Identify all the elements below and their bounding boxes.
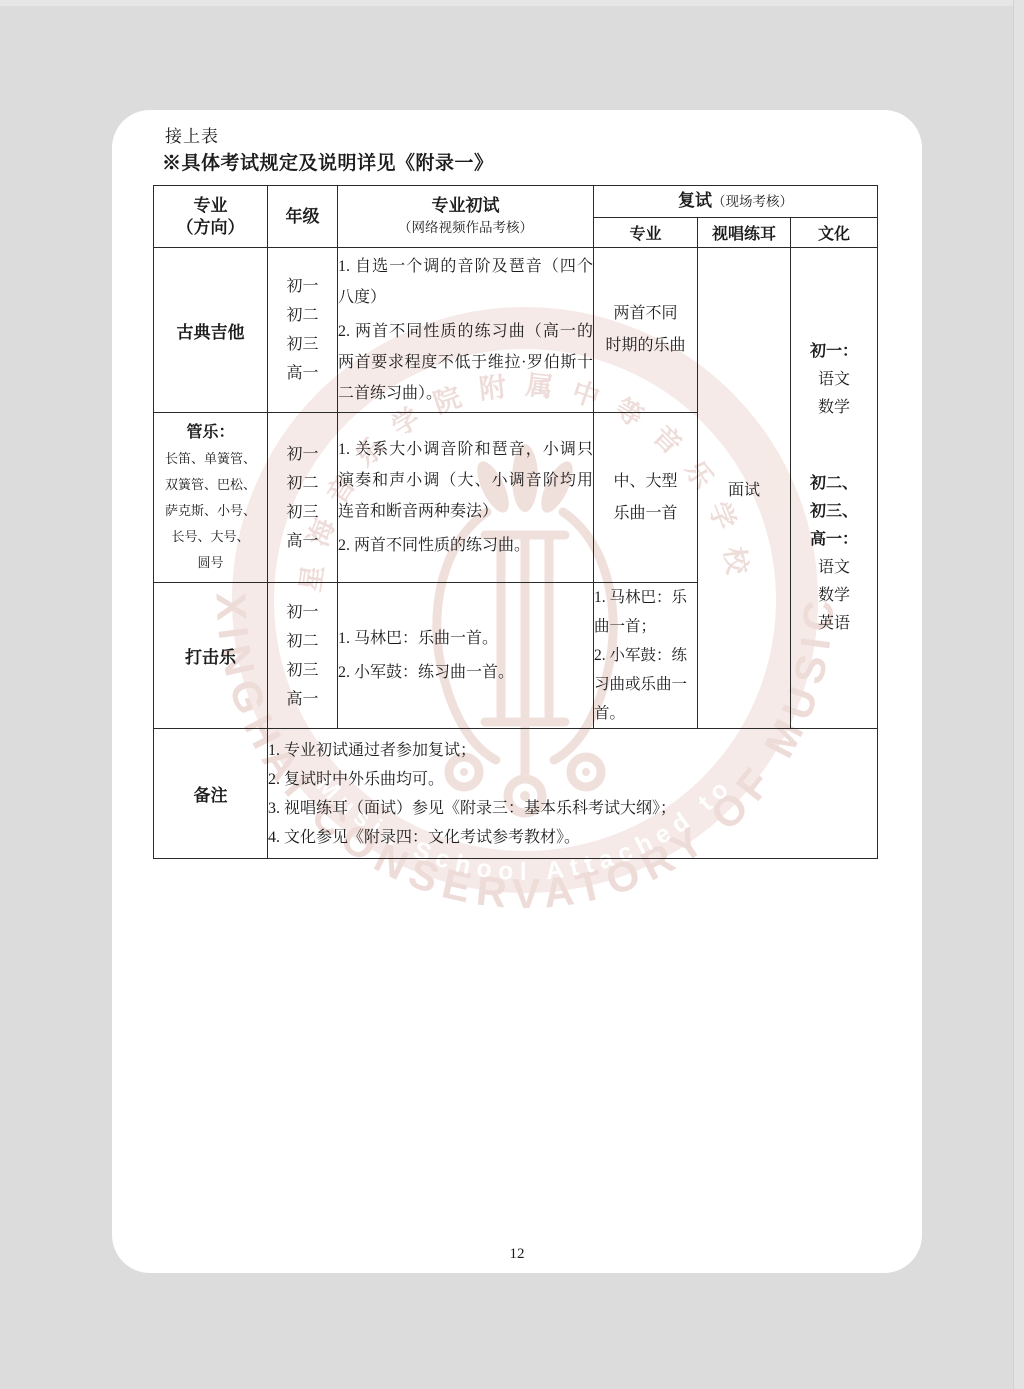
first-round-requirements: 1. 关系大小调音阶和琶音，小调只演奏和声小调（大、小调音阶均用连音和断音两种奏…	[338, 413, 594, 583]
culture-subject: 数学	[791, 582, 877, 610]
header-second-round-label: 复试	[678, 191, 712, 210]
grade-line: 高一	[268, 359, 337, 388]
remarks-content-cell: 1. 专业初试通过者参加复试； 2. 复试时中外乐曲均可。 3. 视唱练耳（面试…	[268, 729, 878, 859]
requirement-item: 2. 两首不同性质的练习曲。	[338, 530, 593, 561]
sight-singing-interview-cell: 面试	[698, 248, 791, 729]
retest-line: 时期的乐曲	[594, 330, 697, 362]
table-row-remarks: 备注 1. 专业初试通过者参加复试； 2. 复试时中外乐曲均可。 3. 视唱练耳…	[154, 729, 878, 859]
culture-subject: 数学	[791, 394, 877, 422]
subheader-major: 专业	[594, 218, 698, 248]
culture-subjects-cell: 初一： 语文 数学 初二、 初三、 高一： 语文 数学 英语	[791, 248, 878, 729]
grade-line: 初一	[268, 440, 337, 469]
grade-line: 初二	[268, 469, 337, 498]
instrument-list-line: 萨克斯、小号、	[154, 498, 267, 524]
header-first-round-label: 专业初试	[338, 195, 593, 217]
instrument-list-line: 长号、大号、	[154, 524, 267, 550]
grades-cell: 初一 初二 初三 高一	[268, 413, 338, 583]
grade-line: 高一	[268, 685, 337, 714]
culture-group2-label: 初三、	[791, 498, 877, 526]
continued-from-previous-table-note: 接上表	[165, 122, 219, 147]
background-right-edge	[1013, 0, 1024, 1389]
retest-line: 中、大型	[594, 466, 697, 498]
remark-line: 2. 复试时中外乐曲均可。	[268, 765, 877, 794]
culture-subject: 语文	[791, 366, 877, 394]
background-top-strip	[0, 0, 1024, 6]
header-major-direction: 专业 （方向）	[154, 186, 268, 248]
instrument-list-line: 圆号	[154, 550, 267, 576]
requirement-item: 1. 马林巴：乐曲一首。	[338, 623, 593, 654]
culture-subject: 语文	[791, 554, 877, 582]
major-wind-instruments: 管乐： 长笛、单簧管、 双簧管、巴松、 萨克斯、小号、 长号、大号、 圆号	[154, 413, 268, 583]
grade-line: 初一	[268, 598, 337, 627]
retest-item: 1. 马林巴：乐曲一首；	[594, 583, 697, 641]
header-first-round: 专业初试 （网络视频作品考核）	[338, 186, 594, 248]
culture-group2-label: 高一：	[791, 526, 877, 554]
exam-rules-heading: ※具体考试规定及说明详见《附录一》	[162, 148, 494, 175]
culture-group1-label: 初一：	[791, 338, 877, 366]
requirement-item: 2. 小军鼓：练习曲一首。	[338, 657, 593, 688]
subheader-culture: 文化	[791, 218, 878, 248]
grades-cell: 初一 初二 初三 高一	[268, 248, 338, 413]
major-percussion: 打击乐	[154, 583, 268, 729]
major-classical-guitar: 古典吉他	[154, 248, 268, 413]
retest-line: 两首不同	[594, 298, 697, 330]
retest-major-requirement: 中、大型 乐曲一首	[594, 413, 698, 583]
major-name: 管乐：	[154, 420, 267, 446]
grades-cell: 初一 初二 初三 高一	[268, 583, 338, 729]
grade-line: 初三	[268, 330, 337, 359]
page-number: 12	[112, 1246, 922, 1263]
header-major-line1: 专业	[154, 195, 267, 217]
major-name: 打击乐	[154, 643, 267, 668]
major-name: 古典吉他	[154, 318, 267, 343]
header-grade-label: 年级	[268, 206, 337, 228]
subheader-sight-singing: 视唱练耳	[698, 218, 791, 248]
remark-line: 4. 文化参见《附录四：文化考试参考教材》。	[268, 823, 877, 852]
remarks-label-cell: 备注	[154, 729, 268, 859]
header-major-line2: （方向）	[154, 217, 267, 239]
header-first-round-subtitle: （网络视频作品考核）	[338, 217, 593, 239]
exam-requirements-table: 专业 （方向） 年级 专业初试 （网络视频作品考核） 复试（现场考核）	[153, 185, 878, 859]
header-grade: 年级	[268, 186, 338, 248]
grade-line: 初三	[268, 656, 337, 685]
first-round-requirements: 1. 马林巴：乐曲一首。 2. 小军鼓：练习曲一首。	[338, 583, 594, 729]
grade-line: 初三	[268, 498, 337, 527]
grade-line: 初一	[268, 272, 337, 301]
remark-line: 3. 视唱练耳（面试）参见《附录三：基本乐科考试大纲》；	[268, 794, 877, 823]
instrument-list-line: 长笛、单簧管、	[154, 446, 267, 472]
document-page: 星海音乐学院附属中等音乐学校 XINGHAI CONSERVATORY OF M…	[112, 110, 922, 1273]
retest-major-requirement: 1. 马林巴：乐曲一首； 2. 小军鼓：练习曲或乐曲一首。	[594, 583, 698, 729]
requirement-item: 1. 关系大小调音阶和琶音，小调只演奏和声小调（大、小调音阶均用连音和断音两种奏…	[338, 434, 593, 527]
table-row-classical-guitar: 古典吉他 初一 初二 初三 高一 1. 自选一个调的音阶及琶音（四个八度） 2.…	[154, 248, 878, 413]
culture-subject: 英语	[791, 610, 877, 638]
desktop-background: { "page": { "continued_note": "接上表", "he…	[0, 0, 1024, 1389]
header-second-round: 复试（现场考核）	[594, 186, 878, 218]
interview-label: 面试	[698, 477, 790, 500]
retest-major-requirement: 两首不同 时期的乐曲	[594, 248, 698, 413]
header-second-round-subtitle: （现场考核）	[712, 194, 793, 209]
requirement-item: 2. 两首不同性质的练习曲（高一的两首要求程度不低于维拉·罗伯斯十二首练习曲）。	[338, 316, 593, 409]
instrument-list-line: 双簧管、巴松、	[154, 472, 267, 498]
retest-line: 乐曲一首	[594, 498, 697, 530]
remark-line: 1. 专业初试通过者参加复试；	[268, 736, 877, 765]
first-round-requirements: 1. 自选一个调的音阶及琶音（四个八度） 2. 两首不同性质的练习曲（高一的两首…	[338, 248, 594, 413]
requirement-item: 1. 自选一个调的音阶及琶音（四个八度）	[338, 251, 593, 313]
grade-line: 初二	[268, 301, 337, 330]
remarks-label: 备注	[154, 781, 267, 806]
retest-item: 2. 小军鼓：练习曲或乐曲一首。	[594, 641, 697, 728]
culture-group2-label: 初二、	[791, 470, 877, 498]
grade-line: 初二	[268, 627, 337, 656]
grade-line: 高一	[268, 527, 337, 556]
